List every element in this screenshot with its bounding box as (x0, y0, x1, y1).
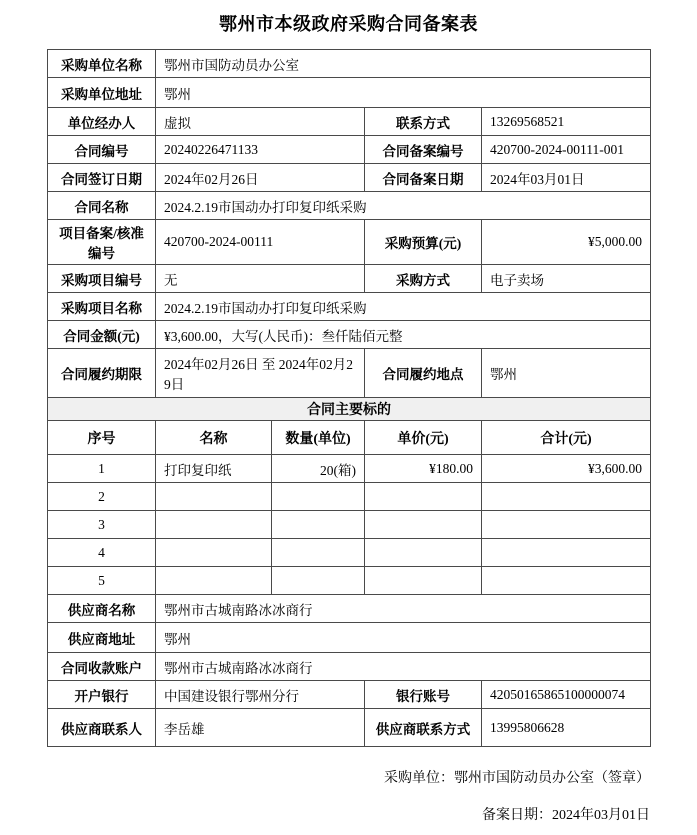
project-name-label: 采购项目名称 (48, 293, 156, 321)
supplier-contact-person-label: 供应商联系人 (48, 709, 156, 747)
filing-no-value: 420700-2024-00111-001 (482, 136, 651, 164)
item-5-total (482, 567, 651, 595)
filing-date-label: 合同备案日期 (365, 164, 482, 192)
row-project-name: 采购项目名称 2024.2.19市国动办打印复印纸采购 (48, 293, 651, 321)
row-sign-date: 合同签订日期 2024年02月26日 合同备案日期 2024年03月01日 (48, 164, 651, 192)
purchaser-address-value: 鄂州 (156, 78, 651, 108)
row-supplier-name: 供应商名称 鄂州市古城南路冰冰商行 (48, 595, 651, 623)
item-2-total (482, 483, 651, 511)
purchaser-name-label: 采购单位名称 (48, 50, 156, 78)
performance-period-value: 2024年02月26日 至 2024年02月29日 (156, 349, 365, 398)
method-value: 电子卖场 (482, 265, 651, 293)
item-4-name (156, 539, 272, 567)
project-filing-no-value: 420700-2024-00111 (156, 220, 365, 265)
contract-no-value: 20240226471133 (156, 136, 365, 164)
item-row-4: 4 (48, 539, 651, 567)
agent-value: 虚拟 (156, 108, 365, 136)
row-performance: 合同履约期限 2024年02月26日 至 2024年02月29日 合同履约地点 … (48, 349, 651, 398)
items-header-qty: 数量(单位) (272, 421, 365, 455)
row-receiving-account: 合同收款账户 鄂州市古城南路冰冰商行 (48, 653, 651, 681)
filing-date-value: 2024年03月01日 (482, 164, 651, 192)
item-3-name (156, 511, 272, 539)
contact-value: 13269568521 (482, 108, 651, 136)
row-contract-no: 合同编号 20240226471133 合同备案编号 420700-2024-0… (48, 136, 651, 164)
supplier-contact-person-value: 李岳雄 (156, 709, 365, 747)
item-2-unit-price (365, 483, 482, 511)
row-supplier-contact: 供应商联系人 李岳雄 供应商联系方式 13995806628 (48, 709, 651, 747)
items-section-title: 合同主要标的 (48, 398, 651, 421)
item-3-total (482, 511, 651, 539)
supplier-contact-method-label: 供应商联系方式 (365, 709, 482, 747)
item-1-name: 打印复印纸 (156, 455, 272, 483)
row-project-no-method: 采购项目编号 无 采购方式 电子卖场 (48, 265, 651, 293)
project-filing-no-label: 项目备案/核准编号 (48, 220, 156, 265)
footer-filing-date-line: 备案日期：2024年03月01日 (47, 804, 650, 824)
agent-label: 单位经办人 (48, 108, 156, 136)
page-title: 鄂州市本级政府采购合同备案表 (0, 10, 697, 36)
row-bank: 开户银行 中国建设银行鄂州分行 银行账号 4205016586510000007… (48, 681, 651, 709)
item-3-seq: 3 (48, 511, 156, 539)
purchaser-address-label: 采购单位地址 (48, 78, 156, 108)
filing-no-label: 合同备案编号 (365, 136, 482, 164)
project-name-value: 2024.2.19市国动办打印复印纸采购 (156, 293, 651, 321)
row-project-filing-budget: 项目备案/核准编号 420700-2024-00111 采购预算(元) ¥5,0… (48, 220, 651, 265)
item-3-unit-price (365, 511, 482, 539)
contract-filing-table: 采购单位名称 鄂州市国防动员办公室 采购单位地址 鄂州 单位经办人 虚拟 联系方… (47, 49, 651, 747)
supplier-contact-method-value: 13995806628 (482, 709, 651, 747)
items-header-seq: 序号 (48, 421, 156, 455)
supplier-address-label: 供应商地址 (48, 623, 156, 653)
sign-date-label: 合同签订日期 (48, 164, 156, 192)
item-5-seq: 5 (48, 567, 156, 595)
row-supplier-address: 供应商地址 鄂州 (48, 623, 651, 653)
footer: 采购单位：鄂州市国防动员办公室（签章） 备案日期：2024年03月01日 (47, 767, 650, 824)
item-5-unit-price (365, 567, 482, 595)
supplier-name-label: 供应商名称 (48, 595, 156, 623)
item-row-3: 3 (48, 511, 651, 539)
item-row-5: 5 (48, 567, 651, 595)
bank-label: 开户银行 (48, 681, 156, 709)
receiving-account-value: 鄂州市古城南路冰冰商行 (156, 653, 651, 681)
contract-name-value: 2024.2.19市国动办打印复印纸采购 (156, 192, 651, 220)
contract-no-label: 合同编号 (48, 136, 156, 164)
supplier-name-value: 鄂州市古城南路冰冰商行 (156, 595, 651, 623)
purchaser-name-value: 鄂州市国防动员办公室 (156, 50, 651, 78)
item-1-unit-price: ¥180.00 (365, 455, 482, 483)
performance-period-label: 合同履约期限 (48, 349, 156, 398)
bank-account-value: 42050165865100000074 (482, 681, 651, 709)
row-items-section-header: 合同主要标的 (48, 398, 651, 421)
row-contract-name: 合同名称 2024.2.19市国动办打印复印纸采购 (48, 192, 651, 220)
contract-name-label: 合同名称 (48, 192, 156, 220)
item-2-seq: 2 (48, 483, 156, 511)
row-amount: 合同金额(元) ¥3,600.00，大写(人民币)：叁仟陆佰元整 (48, 321, 651, 349)
row-items-header: 序号 名称 数量(单位) 单价(元) 合计(元) (48, 421, 651, 455)
item-4-qty (272, 539, 365, 567)
item-5-qty (272, 567, 365, 595)
project-no-value: 无 (156, 265, 365, 293)
contact-label: 联系方式 (365, 108, 482, 136)
items-header-total: 合计(元) (482, 421, 651, 455)
amount-value: ¥3,600.00，大写(人民币)：叁仟陆佰元整 (156, 321, 651, 349)
item-3-qty (272, 511, 365, 539)
budget-value: ¥5,000.00 (482, 220, 651, 265)
supplier-address-value: 鄂州 (156, 623, 651, 653)
item-4-total (482, 539, 651, 567)
item-5-name (156, 567, 272, 595)
item-1-qty: 20(箱) (272, 455, 365, 483)
item-2-qty (272, 483, 365, 511)
project-no-label: 采购项目编号 (48, 265, 156, 293)
bank-account-label: 银行账号 (365, 681, 482, 709)
sign-date-value: 2024年02月26日 (156, 164, 365, 192)
method-label: 采购方式 (365, 265, 482, 293)
amount-label: 合同金额(元) (48, 321, 156, 349)
item-row-2: 2 (48, 483, 651, 511)
footer-purchaser-signature-line: 采购单位：鄂州市国防动员办公室（签章） (47, 767, 650, 787)
items-header-name: 名称 (156, 421, 272, 455)
item-1-seq: 1 (48, 455, 156, 483)
receiving-account-label: 合同收款账户 (48, 653, 156, 681)
bank-value: 中国建设银行鄂州分行 (156, 681, 365, 709)
row-purchaser-address: 采购单位地址 鄂州 (48, 78, 651, 108)
item-1-total: ¥3,600.00 (482, 455, 651, 483)
performance-place-label: 合同履约地点 (365, 349, 482, 398)
item-4-seq: 4 (48, 539, 156, 567)
item-row-1: 1 打印复印纸 20(箱) ¥180.00 ¥3,600.00 (48, 455, 651, 483)
row-purchaser-name: 采购单位名称 鄂州市国防动员办公室 (48, 50, 651, 78)
row-agent-contact: 单位经办人 虚拟 联系方式 13269568521 (48, 108, 651, 136)
document-page: 鄂州市本级政府采购合同备案表 采购单位名称 鄂州市国防动员办公室 采购单位地址 … (0, 0, 697, 824)
items-header-unit-price: 单价(元) (365, 421, 482, 455)
budget-label: 采购预算(元) (365, 220, 482, 265)
item-4-unit-price (365, 539, 482, 567)
performance-place-value: 鄂州 (482, 349, 651, 398)
item-2-name (156, 483, 272, 511)
